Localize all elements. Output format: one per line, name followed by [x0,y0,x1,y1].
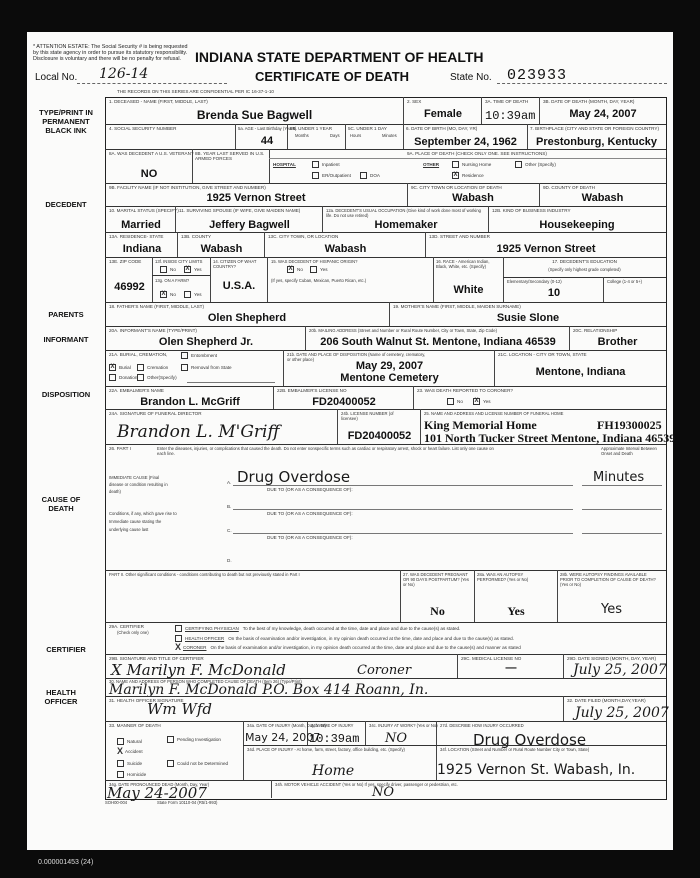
citizenship: U.S.A. [211,280,267,292]
certifier-health-officer[interactable]: HEALTH OFFICEROn the basis of examinatio… [175,635,514,642]
injury-at-work: NO [385,731,407,746]
veteran: NO [107,168,191,180]
embalmer-license: FD20400052 [275,396,413,408]
certifier-license: — [459,662,563,674]
manner-homicide[interactable]: Homicide [117,771,146,778]
residence-street: 1925 Vernon Street [427,243,665,255]
time-of-death: 10:39am [485,109,535,123]
motor-vehicle-accident: NO [372,785,394,800]
informant-relationship: Brother [570,336,665,348]
certifier-coroner[interactable]: XCORONEROn the basis of examination and/… [175,645,521,650]
city-of-death: Wabash [408,192,538,204]
date-filed: July 25, 2007 [575,705,669,721]
manner-pending[interactable]: Pending Investigation [167,736,221,743]
disposition-cremation[interactable]: Cremation [137,364,168,371]
coroner-reported-yes[interactable]: XYes [473,398,491,405]
state-no: 023933 [507,67,567,84]
county-of-death: Wabash [540,192,665,204]
zip-code: 46992 [107,281,152,293]
farm-no[interactable]: XNo [160,291,176,298]
residence-city: Wabash [266,243,425,255]
agency-title: INDIANA STATE DEPARTMENT OF HEALTH [195,49,484,65]
education-elementary: 10 [505,287,603,299]
certifier-signature: X Marilyn F. McDonald [111,661,286,679]
sex: Female [405,108,481,120]
facility-name: 1925 Vernon Street [107,192,405,204]
funeral-home-address: 101 North Tucker Street Mentone, Indiana… [424,431,675,446]
father-name: Olen Shepherd [107,312,387,324]
inside-city-yes[interactable]: XYes [184,266,202,273]
local-no-label: Local No. [35,72,77,83]
certificate-title: CERTIFICATE OF DEATH [255,69,409,84]
death-certificate: * ATTENTION ESTATE: The Social Security … [27,32,673,850]
place-er-outpatient[interactable]: ER/Outpatient [312,172,351,179]
embalmer-name: Brandon L. McGriff [107,396,273,408]
race: White [434,284,503,296]
cause-a: Drug Overdose [237,468,350,486]
certifier-physician[interactable]: CERTIFYING PHYSICIANTo the best of my kn… [175,625,460,632]
confidential-notice: THE RECORDS ON THIS SERIES ARE CONFIDENT… [117,89,274,94]
time-of-injury: 10:39am [309,732,359,746]
certifier-title: Coroner [357,663,411,678]
farm-yes[interactable]: Yes [184,291,202,298]
side-label-parents: PARENTS [31,310,101,319]
mother-name: Susie Slone [391,312,665,324]
hispanic-yes[interactable]: Yes [310,266,328,273]
manner-accident[interactable]: XAccident [117,749,143,754]
disposition-removal[interactable]: Removal from State [181,364,232,371]
side-label-informant: INFORMANT [31,335,101,344]
injury-location: 1925 Vernon St. Wabash, In. [437,762,635,778]
side-label-health-officer: HEALTH OFFICER [31,688,91,706]
residence-county: Wabash [179,243,264,255]
place-inpatient[interactable]: Inpatient [312,161,340,168]
place-other[interactable]: Other (Specify) [515,161,556,168]
place-nursing-home[interactable]: Nursing Home [452,161,491,168]
side-label-decedent: DECEDENT [31,200,101,209]
film-id: 0.000001453 (24) [38,859,93,866]
manner-suicide[interactable]: Suicide [117,760,142,767]
disposition-place: Mentone Cemetery [285,372,494,384]
manner-natural[interactable]: Natural [117,738,142,745]
age: 44 [252,135,282,147]
coroner-reported-no[interactable]: No [447,398,463,405]
date-of-death: May 24, 2007 [541,108,665,120]
state-form-number: State Form 10110-04 (R5/1-993) [157,800,217,805]
form-code: SOH00-004 [105,800,127,805]
place-of-injury: Home [312,763,354,779]
disposition-donation[interactable]: Donation [109,374,137,381]
disposition-date: May 29, 2007 [285,360,494,372]
occupation: Homemaker [324,219,488,231]
birthplace: Prestonburg, Kentucky [528,136,665,148]
side-label-certifier: CERTIFIER [31,645,101,654]
pregnant: No [401,604,474,619]
surviving-spouse: Jeffery Bagwell [177,219,322,231]
autopsy-findings-available: Yes [558,602,665,617]
side-label-type-print: TYPE/PRINT IN PERMANENT BLACK INK [31,108,101,135]
health-officer-signature: Wm Wfd [147,700,212,718]
manner-undetermined[interactable]: Could not be Determined [167,760,228,767]
business-industry: Housekeeping [489,219,665,231]
autopsy-performed: Yes [475,604,557,619]
inside-city-no[interactable]: No [160,266,176,273]
place-residence[interactable]: XResidence [452,172,484,179]
cause-a-interval: Minutes [593,470,644,485]
local-no: 126-14 [99,66,148,82]
hispanic-no[interactable]: XNo [287,266,303,273]
state-no-label: State No. [450,72,492,83]
side-label-cause-of-death: CAUSE OF DEATH [31,495,91,513]
side-label-disposition: DISPOSITION [31,390,101,399]
attention-notice: * ATTENTION ESTATE: The Social Security … [33,44,193,62]
informant-name: Olen Shepherd Jr. [107,336,305,348]
date-signed: July 25, 2007 [573,662,667,678]
disposition-other[interactable]: Other(Specify) [137,374,177,381]
funeral-director-signature: Brandon L. M'Griff [117,422,280,442]
marital-status: Married [107,219,175,231]
place-doa[interactable]: DOA [360,172,380,179]
disposition-entombment[interactable]: Entombment [181,352,217,359]
disposition-location: Mentone, Indiana [496,366,665,378]
deceased-name: Brenda Sue Bagwell [107,108,402,122]
funeral-director-license: FD20400052 [339,430,420,442]
residence-state: Indiana [107,243,177,255]
disposition-burial[interactable]: XBurial [109,364,131,371]
date-of-birth: September 24, 1962 [404,136,527,148]
informant-address: 206 South Walnut St. Mentone, Indiana 46… [307,336,569,348]
